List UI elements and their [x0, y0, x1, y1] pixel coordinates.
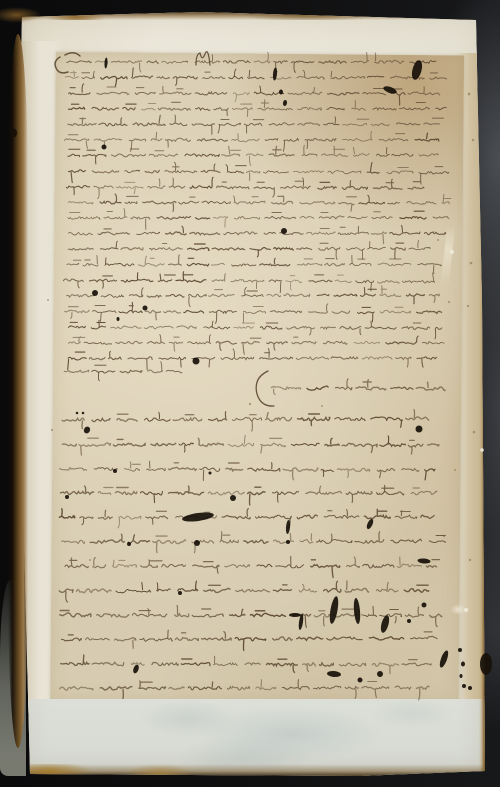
- handwriting-word: [379, 134, 408, 142]
- handwriting-word: [164, 311, 181, 313]
- handwriting-word: [188, 294, 206, 306]
- handwriting-word: [60, 687, 93, 690]
- handwriting-word: [345, 687, 358, 699]
- handwriting-word: [273, 585, 291, 592]
- foxing-speck: [51, 429, 53, 431]
- ink-blot: [438, 650, 450, 669]
- handwriting-word: [408, 182, 424, 190]
- handwriting-word: [98, 488, 113, 495]
- handwriting-word: [388, 202, 400, 204]
- handwriting-word: [376, 583, 398, 592]
- handwriting-word: [232, 264, 256, 266]
- handwriting-word: [274, 534, 294, 544]
- handwriting-word: [407, 202, 436, 205]
- handwriting-word: [92, 418, 110, 421]
- handwriting-word: [428, 444, 439, 446]
- handwriting-word: [260, 349, 293, 360]
- handwriting-word: [258, 100, 292, 110]
- handwriting-word: [187, 258, 209, 266]
- handwriting-word: [397, 557, 421, 567]
- handwriting-word: [68, 233, 92, 236]
- handwriting-word: [97, 87, 129, 95]
- foxing-speck: [321, 405, 323, 407]
- handwriting-word: [153, 536, 186, 552]
- handwriting-word: [100, 194, 121, 204]
- handwriting-word: [404, 585, 429, 592]
- ink-blot: [281, 228, 287, 234]
- ink-blot: [178, 591, 182, 595]
- handwriting-word: [128, 535, 149, 543]
- handwriting-word: [378, 280, 399, 283]
- handwriting-word: [327, 637, 363, 640]
- handwriting-word: [121, 273, 153, 282]
- handwriting-word: [317, 294, 329, 296]
- handwriting-word: [309, 275, 332, 282]
- handwriting-word: [416, 382, 445, 390]
- handwriting-word: [257, 564, 272, 567]
- handwriting-word: [89, 357, 105, 359]
- handwriting-word: [228, 435, 254, 446]
- handwriting-word: [179, 197, 199, 204]
- ink-blot: [462, 684, 466, 688]
- handwriting-word: [309, 304, 328, 313]
- handwriting-word: [314, 686, 341, 689]
- handwriting-word: [166, 226, 187, 235]
- handwriting-word: [323, 341, 347, 344]
- handwriting-word: [69, 104, 85, 109]
- handwriting-word: [149, 244, 182, 251]
- ink-blot: [283, 100, 288, 107]
- handwriting-word: [175, 633, 198, 641]
- handwriting-word: [68, 248, 93, 250]
- handwriting-word: [354, 341, 379, 343]
- handwriting-word: [190, 177, 213, 188]
- handwriting-word: [339, 663, 365, 666]
- handwriting-word: [79, 438, 111, 455]
- handwriting-word: [269, 123, 294, 125]
- handwriting-word: [418, 263, 442, 273]
- handwriting-word: [230, 609, 245, 616]
- handwriting-word: [233, 93, 249, 102]
- handwriting-word: [135, 88, 155, 95]
- foxing-speck: [468, 93, 471, 96]
- ink-blot: [143, 306, 148, 311]
- handwriting-word: [422, 342, 444, 344]
- handwriting-word: [232, 415, 261, 431]
- handwriting-word: [132, 68, 153, 78]
- handwriting-word: [119, 302, 142, 313]
- ink-blot: [289, 613, 301, 617]
- handwriting-word: [90, 534, 124, 543]
- handwriting-word: [68, 149, 80, 157]
- handwriting-word: [120, 370, 142, 373]
- handwriting-word: [176, 272, 206, 283]
- handwriting-word: [372, 212, 392, 219]
- handwriting-word: [245, 663, 260, 665]
- handwriting-word: [352, 101, 366, 111]
- handwriting-word: [80, 517, 93, 525]
- handwriting-word: [169, 255, 182, 265]
- handwriting-word: [429, 294, 439, 302]
- handwriting-word: [98, 229, 129, 235]
- handwriting-word: [115, 638, 136, 649]
- handwriting-word: [121, 248, 143, 250]
- handwriting-word: [280, 178, 310, 189]
- handwriting-word: [234, 323, 254, 328]
- paper-chip-speck: [480, 448, 484, 452]
- ink-blot: [92, 290, 98, 296]
- handwriting-word: [147, 335, 164, 344]
- ink-blot: [286, 540, 290, 544]
- handwriting-word: [328, 93, 359, 96]
- paper-chip-speck: [464, 608, 468, 612]
- handwriting-word: [297, 637, 323, 640]
- handwriting-word: [328, 171, 361, 174]
- handwriting-word: [298, 107, 322, 110]
- handwriting-word: [89, 276, 116, 288]
- handwriting-word: [101, 76, 128, 86]
- handwriting-word: [335, 379, 352, 390]
- handwriting-word: [400, 103, 430, 110]
- handwriting-word: [266, 413, 292, 421]
- handwriting-word: [356, 380, 386, 390]
- handwriting-word: [117, 414, 137, 421]
- handwriting-word: [402, 660, 431, 666]
- handwriting-word: [250, 248, 270, 257]
- handwriting-word: [166, 295, 184, 298]
- handwriting-word: [435, 327, 442, 338]
- handwriting-word: [335, 418, 365, 421]
- ink-blot: [417, 558, 430, 564]
- handwriting-word: [132, 609, 167, 617]
- handwriting-word: [188, 682, 221, 690]
- handwriting-word: [361, 287, 377, 296]
- handwriting-word: [243, 306, 266, 322]
- handwriting-word: [142, 103, 156, 110]
- handwriting-word: [158, 274, 175, 282]
- handwriting-word: [254, 86, 283, 95]
- handwriting-word: [302, 145, 317, 156]
- handwriting-word: [67, 61, 92, 63]
- handwriting-word: [116, 488, 137, 495]
- handwriting-word: [99, 118, 127, 126]
- manuscript-photo: [0, 0, 500, 787]
- handwriting-word: [181, 659, 210, 666]
- handwriting-word: [98, 510, 112, 519]
- foxing-speck: [249, 403, 251, 405]
- handwriting-word: [116, 341, 142, 343]
- handwriting-word: [118, 516, 141, 528]
- handwriting-word: [269, 146, 294, 156]
- handwriting-word: [84, 342, 112, 344]
- handwriting-word: [334, 294, 357, 296]
- ink-blot: [11, 129, 17, 138]
- handwriting-word: [204, 321, 230, 329]
- handwriting-word: [256, 515, 292, 528]
- handwriting-word: [267, 294, 281, 296]
- handwriting-word: [184, 311, 204, 313]
- handwriting-word: [260, 323, 282, 329]
- handwriting-word: [138, 256, 164, 266]
- handwriting-word: [149, 151, 178, 157]
- handwriting-word: [65, 307, 89, 319]
- handwriting-word: [129, 288, 143, 297]
- handwriting-word: [405, 607, 423, 617]
- handwriting-word: [254, 182, 275, 197]
- handwriting-word: [287, 327, 315, 335]
- handwriting-word: [217, 182, 249, 189]
- handwriting-word: [283, 139, 298, 152]
- handwriting-word: [116, 182, 143, 193]
- handwriting-word: [363, 564, 394, 568]
- handwriting-word: [390, 225, 420, 235]
- handwriting-word: [272, 492, 298, 503]
- ink-blot: [194, 540, 200, 546]
- handwriting-word: [83, 150, 106, 164]
- handwriting-word: [345, 581, 369, 592]
- handwriting-word: [231, 280, 264, 289]
- handwriting-word: [223, 61, 250, 64]
- handwriting-word: [233, 104, 253, 116]
- handwriting-word: [355, 532, 384, 543]
- handwriting-word: [69, 170, 86, 183]
- handwriting-word: [306, 229, 335, 235]
- ink-blot: [76, 412, 79, 415]
- handwriting-word: [300, 202, 335, 205]
- handwriting-word: [159, 357, 186, 367]
- handwriting-word: [125, 170, 140, 172]
- handwriting-word: [286, 276, 302, 290]
- handwriting-word: [424, 232, 445, 235]
- ink-blot: [365, 518, 374, 530]
- handwriting-word: [303, 663, 316, 672]
- handwriting-word: [124, 462, 140, 471]
- foxing-speck: [454, 469, 456, 471]
- handwriting-word: [318, 182, 336, 189]
- handwriting-word: [378, 259, 411, 266]
- handwriting-word: [105, 258, 134, 266]
- handwriting-word: [337, 468, 369, 477]
- handwriting-word: [251, 611, 286, 617]
- handwriting-word: [131, 663, 144, 665]
- handwriting-word: [173, 415, 202, 421]
- ink-blot: [353, 598, 361, 624]
- handwriting-word: [392, 154, 413, 157]
- handwriting-word: [101, 295, 124, 298]
- handwriting-word: [314, 611, 329, 626]
- handwriting-word: [162, 61, 188, 64]
- handwriting-word: [402, 469, 419, 472]
- handwriting-word: [417, 311, 442, 314]
- handwriting-word: [408, 440, 423, 454]
- handwriting-word: [347, 248, 365, 260]
- handwriting-word: [59, 589, 73, 602]
- handwriting-word: [145, 310, 160, 319]
- ink-blot: [279, 90, 283, 95]
- handwriting-word: [151, 443, 176, 445]
- handwriting-word: [362, 606, 377, 616]
- handwriting-word: [100, 241, 118, 249]
- handwriting-word: [220, 532, 238, 543]
- handwriting-word: [380, 286, 401, 297]
- handwriting-word: [244, 540, 268, 543]
- handwriting-word: [169, 178, 185, 188]
- handwriting-word: [365, 321, 396, 329]
- handwriting-word: [377, 468, 394, 477]
- ink-blot: [407, 619, 411, 623]
- handwriting-word: [242, 338, 261, 354]
- handwriting-word: [248, 487, 265, 505]
- handwriting-word: [348, 217, 367, 219]
- handwriting-word: [209, 412, 227, 421]
- handwriting-word: [395, 510, 417, 518]
- handwriting-word: [168, 486, 203, 495]
- handwriting-word: [211, 263, 224, 265]
- handwriting-word: [195, 55, 220, 64]
- handwriting-word: [93, 306, 117, 322]
- handwriting-word: [141, 560, 162, 568]
- handwriting-word: [321, 146, 347, 156]
- handwriting-word: [169, 463, 197, 471]
- handwriting-word: [363, 88, 386, 95]
- handwriting-word: [202, 201, 230, 204]
- handwriting-word: [86, 638, 110, 640]
- handwriting-word: [202, 632, 232, 641]
- handwriting-word: [76, 589, 111, 593]
- handwriting-word: [316, 534, 352, 543]
- handwriting-word: [400, 211, 426, 219]
- handwriting-word: [297, 248, 312, 250]
- foxing-speck: [472, 139, 474, 141]
- handwriting-word: [148, 179, 165, 189]
- handwriting-word: [192, 124, 214, 134]
- handwriting-word: [297, 70, 324, 79]
- handwriting-word: [208, 491, 244, 495]
- ink-blot: [468, 686, 472, 690]
- handwriting-word: [402, 323, 430, 329]
- handwriting-word: [283, 468, 318, 480]
- handwriting-word: [62, 418, 84, 428]
- foxing-speck: [473, 431, 476, 434]
- handwriting-word: [332, 311, 349, 313]
- handwriting-word: [129, 139, 145, 151]
- handwriting-word: [377, 485, 404, 494]
- handwriting-word: [195, 92, 226, 95]
- handwriting-word: [222, 509, 250, 519]
- ink-blot: [83, 425, 92, 434]
- handwriting-word: [391, 387, 413, 389]
- handwriting-word: [68, 352, 87, 369]
- ink-blot: [102, 145, 107, 150]
- ink-blot: [422, 603, 427, 608]
- handwriting-word: [402, 273, 434, 283]
- handwriting-word: [63, 279, 83, 288]
- handwriting-word: [169, 337, 182, 351]
- handwriting-word: [151, 132, 162, 140]
- handwriting-word: [362, 357, 392, 360]
- handwriting-word: [68, 322, 85, 328]
- handwriting-word: [331, 357, 358, 359]
- handwriting-word: [170, 115, 187, 126]
- handwriting-word: [261, 438, 286, 453]
- handwriting-word: [342, 181, 367, 190]
- foxing-speck: [443, 535, 445, 537]
- ink-layer: [0, 0, 500, 787]
- handwriting-word: [299, 584, 316, 592]
- handwriting-word: [203, 72, 225, 78]
- foxing-speck: [469, 559, 471, 561]
- handwriting-word: [145, 170, 159, 172]
- handwriting-word: [212, 248, 245, 250]
- ink-blot: [104, 57, 108, 68]
- ink-blot: [460, 674, 463, 678]
- handwriting-word: [347, 557, 360, 568]
- handwriting-word: [298, 414, 330, 426]
- handwriting-word: [137, 232, 160, 234]
- handwriting-word: [147, 61, 158, 64]
- handwriting-word: [226, 165, 246, 173]
- handwriting-word: [165, 162, 197, 173]
- handwriting-word: [225, 565, 250, 568]
- handwriting-word: [319, 61, 346, 64]
- handwriting-word: [276, 556, 304, 568]
- handwriting-word: [386, 336, 418, 344]
- handwriting-word: [376, 148, 389, 157]
- handwriting-word: [69, 337, 85, 344]
- ink-blot: [377, 671, 383, 677]
- handwriting-word: [372, 663, 398, 674]
- handwriting-word: [436, 107, 446, 110]
- handwriting-word: [148, 362, 163, 373]
- handwriting-word: [421, 515, 434, 518]
- handwriting-word: [284, 294, 310, 297]
- handwriting-word: [112, 560, 136, 567]
- handwriting-word: [175, 606, 189, 617]
- handwriting-word: [319, 243, 340, 259]
- handwriting-word: [140, 492, 162, 503]
- handwriting-word: [410, 61, 436, 64]
- handwriting-word: [65, 135, 89, 149]
- handwriting-word: [371, 123, 389, 125]
- foxing-speck: [47, 299, 49, 301]
- handwriting-word: [244, 120, 263, 133]
- handwriting-word: [325, 438, 339, 446]
- handwriting-word: [327, 107, 344, 110]
- handwriting-word: [188, 244, 210, 250]
- handwriting-word: [91, 320, 105, 329]
- handwriting-word: [291, 61, 314, 72]
- handwriting-word: [319, 213, 344, 219]
- handwriting-word: [375, 53, 404, 63]
- ink-blot: [358, 678, 363, 683]
- handwriting-word: [369, 637, 403, 640]
- handwriting-word: [397, 123, 420, 125]
- handwriting-word: [113, 439, 145, 446]
- ink-blot: [230, 495, 236, 501]
- handwriting-word: [408, 87, 440, 95]
- handwriting-word: [62, 540, 85, 543]
- handwriting-word: [68, 118, 96, 126]
- handwriting-word: [442, 195, 451, 204]
- handwriting-word: [214, 108, 228, 116]
- handwriting-word: [94, 186, 113, 199]
- handwriting-word: [192, 609, 223, 617]
- handwriting-word: [415, 133, 439, 141]
- handwriting-word: [391, 76, 425, 79]
- handwriting-word: [271, 387, 301, 395]
- ink-blot: [379, 614, 390, 633]
- handwriting-word: [273, 637, 293, 640]
